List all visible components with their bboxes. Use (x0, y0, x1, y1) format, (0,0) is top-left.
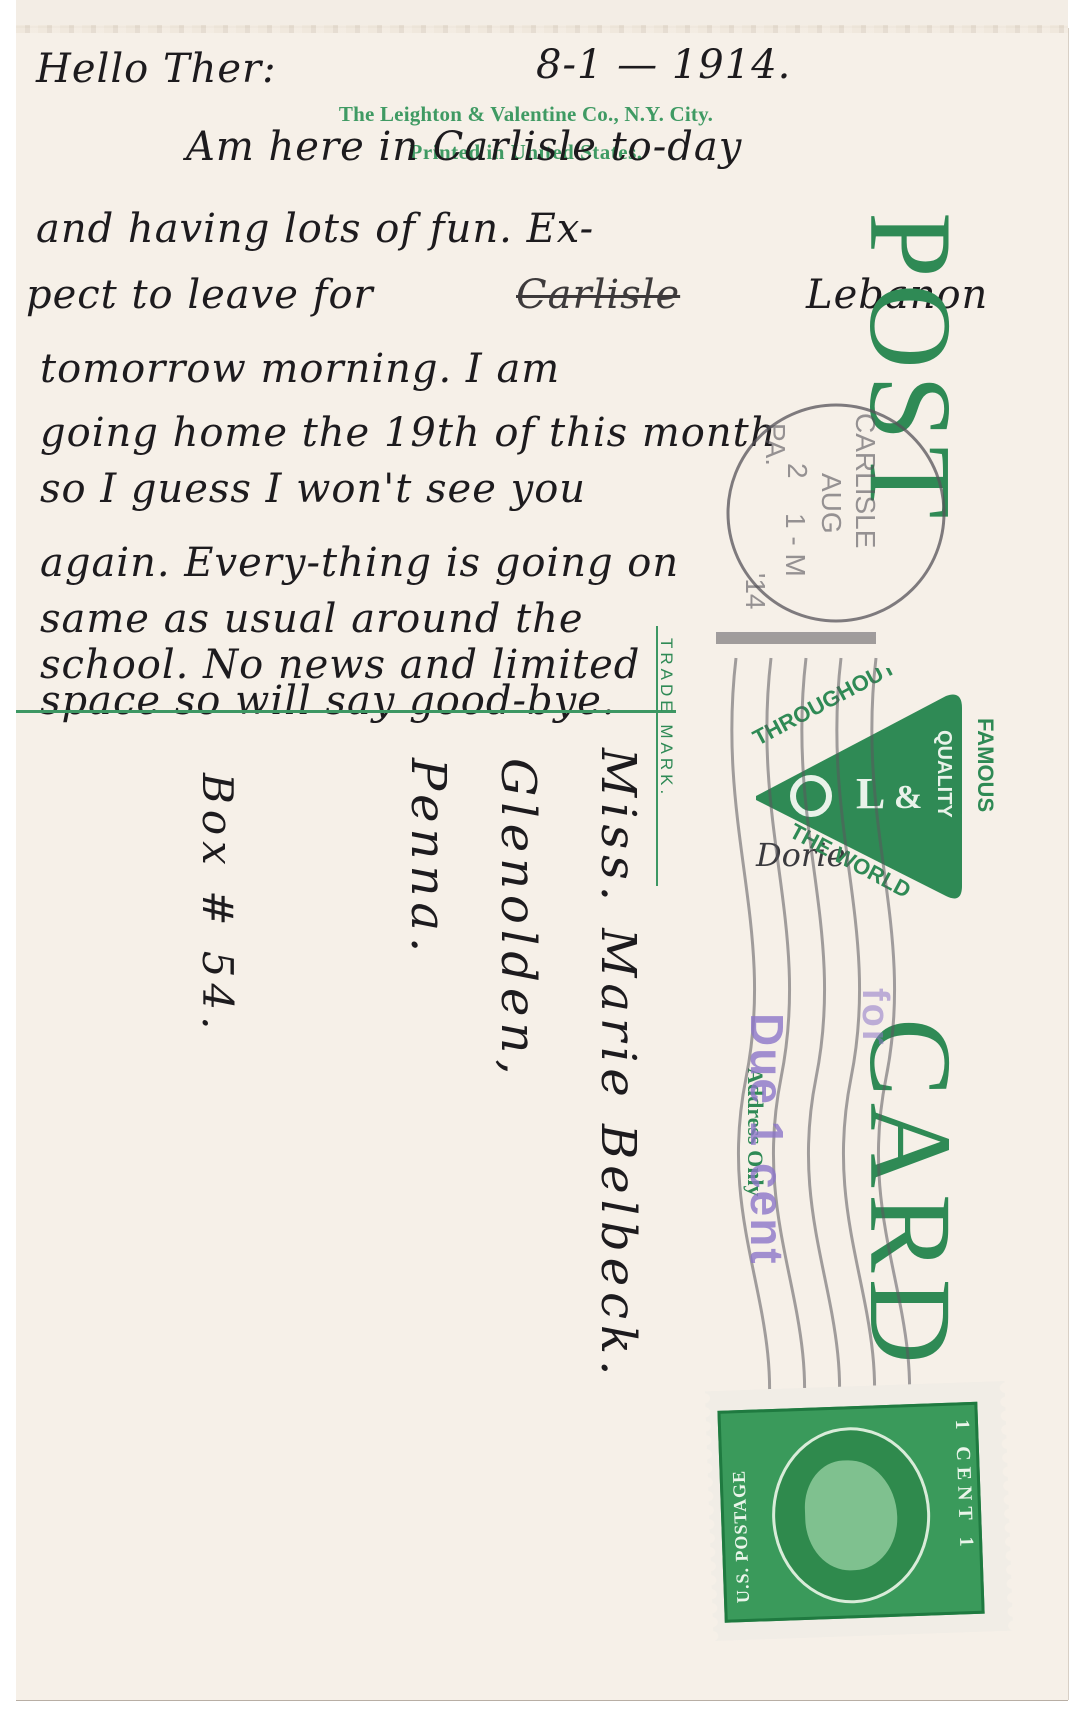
greeting: Hello Ther: (36, 46, 277, 92)
message-line: so I guess I won't see you (40, 466, 586, 512)
postage-due-handstamp-2: for (853, 988, 896, 1048)
address-line-name: Miss. Marie Belbeck. (590, 748, 646, 1381)
message-line: same as usual around the (40, 596, 584, 642)
svg-text:PA.: PA. (760, 423, 791, 466)
svg-text:AUG: AUG (816, 473, 847, 534)
divider-horizontal (16, 710, 676, 713)
torn-top-edge (16, 0, 1068, 28)
franklin-portrait-icon (803, 1459, 899, 1572)
postage-due-handstamp: Due 1 cent (740, 1013, 794, 1266)
svg-text:1 - M: 1 - M (780, 513, 811, 577)
message-line: and having lots of fun. Ex- (36, 206, 594, 252)
trade-mark-label: TRADE MARK. (656, 638, 676, 798)
struck-word: Carlisle (516, 272, 680, 318)
svg-text:CARLISLE: CARLISLE (850, 413, 881, 548)
stamp-portrait-oval (769, 1425, 933, 1606)
svg-text:'14: '14 (740, 573, 771, 610)
message-line: again. Every-thing is going on (40, 540, 679, 586)
message-line: pect to leave for (26, 272, 374, 318)
address-line-box: Box # 54. (193, 773, 242, 1036)
stamp-us-postage: U.S. POSTAGE (729, 1470, 755, 1604)
message-line: space so will say good-bye. (40, 678, 616, 724)
stamp-denomination: 1 CENT 1 (950, 1419, 978, 1553)
stamp-frame: U.S. POSTAGE 1 CENT 1 (717, 1402, 984, 1623)
postcard-back: The Leighton & Valentine Co., N.Y. City.… (16, 28, 1068, 1700)
message-line: tomorrow morning. I am (40, 346, 560, 392)
message-line: Am here in Carlisle to-day (186, 124, 742, 170)
address-line-town: Glenolden, (490, 758, 546, 1081)
message-line: going home the 19th of this month (40, 410, 776, 456)
date: 8-1 — 1914. (536, 42, 791, 88)
one-cent-franklin-stamp: U.S. POSTAGE 1 CENT 1 (705, 1381, 1014, 1641)
address-line-state: Penna. (400, 758, 456, 958)
svg-text:FAMOUS: FAMOUS (973, 718, 998, 812)
carlisle-postmark-icon: CARLISLE AUG 2 PA. 1 - M '14 (706, 383, 966, 643)
